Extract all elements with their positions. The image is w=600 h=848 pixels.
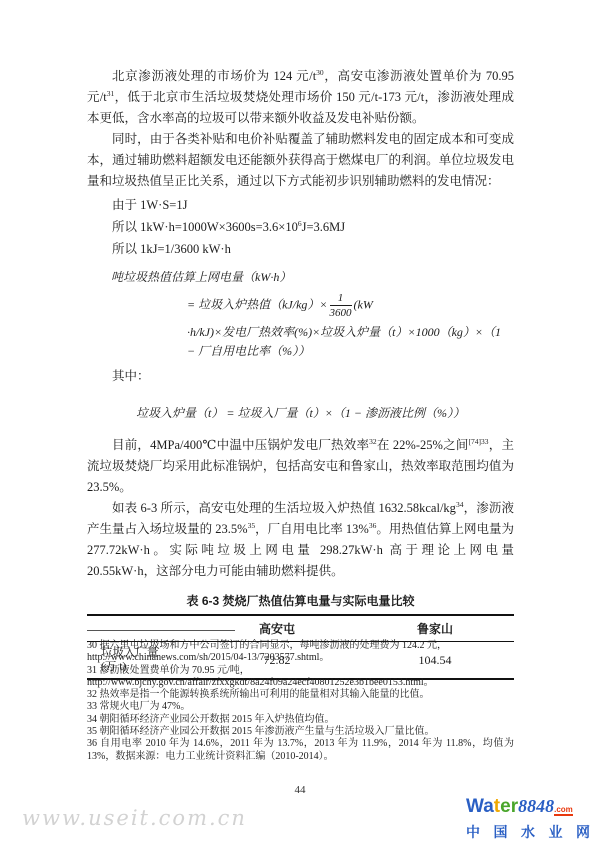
footnote-31-url: http://www.bjchy.gov.cn/affair/zfxxgkdt/…: [87, 677, 514, 689]
paragraph-gaoantun-estimate: 如表 6-3 所示，高安屯处理的生活垃圾入炉热值 1632.58kcal/kg3…: [87, 498, 514, 582]
text-run: 所以 1kW·h=1000W×3600s=3.6×10: [112, 220, 298, 234]
useit-watermark: www.useit.com.cn: [22, 806, 247, 830]
footnote-ref-30: 30: [316, 68, 324, 77]
derivation-line-1: 由于 1W·S=1J: [112, 194, 514, 216]
unit-derivation-block: 由于 1W·S=1J 所以 1kW·h=1000W×3600s=3.6×106J…: [87, 194, 514, 260]
among-which-label: 其中：: [87, 366, 514, 387]
formula-line-1: = 垃圾入炉热值（kJ/kg）×13600(kW: [187, 292, 514, 319]
water8848-logo: Water8848.com 中 国 水 业 网: [466, 796, 590, 842]
page-number: 44: [0, 784, 600, 796]
text-run: ，低于北京市生活垃圾焚烧处理市场价 150 元/t-173 元/t，渗沥液处理成…: [87, 90, 514, 125]
logo-letters-wa: Wa: [466, 796, 494, 817]
logo-number: 8848: [518, 796, 554, 816]
footnote-31: 31 渗沥液处置费单价为 70.95 元/吨，: [87, 665, 514, 677]
furnace-input-formula: 垃圾入炉量（t） = 垃圾入厂量（t）×（1 − 渗沥液比例（%））: [87, 403, 514, 423]
footnote-30-url: http://www.chinanews.com/sh/2015/04-13/7…: [87, 652, 514, 664]
logo-wordmark: Water8848.com: [466, 796, 590, 820]
footnote-35: 35 朝阳循环经济产业园公开数据 2015 年渗沥液产生量与生活垃圾入厂量比值。: [87, 726, 514, 738]
power-estimate-formula: 吨垃圾热值估算上网电量（kW·h） = 垃圾入炉热值（kJ/kg）×13600(…: [87, 266, 514, 361]
formula-line-3: − 厂自用电比率（%））: [187, 342, 514, 361]
text-run: 北京渗沥液处理的市场价为 124 元/t: [112, 69, 316, 83]
main-text-column: 北京渗沥液处理的市场价为 124 元/t30，高安屯渗沥液处置单价为 70.95…: [87, 66, 514, 680]
footnote-ref-32: 32: [369, 437, 377, 446]
fraction-numerator: 1: [330, 292, 352, 306]
logo-subtitle: 中 国 水 业 网: [466, 822, 590, 842]
derivation-line-3: 所以 1kJ=1/3600 kW·h: [112, 238, 514, 260]
text-run: 在 22%-25%之间: [377, 438, 469, 452]
table-caption: 表 6-3 焚烧厂热值估算电量与实际电量比较: [87, 592, 514, 609]
derivation-line-2: 所以 1kW·h=1000W×3600s=3.6×106J=3.6MJ: [112, 216, 514, 238]
footnote-36: 36 自用电率 2010 年为 14.6%，2011 年为 13.7%，2013…: [87, 738, 514, 763]
footnotes-block: 30 据六里屯垃圾场和方中公司签订的合同显示，每吨渗沥液的处理费为 124.2 …: [87, 630, 514, 763]
formula-line-2: ·h/kJ)×发电厂热效率(%)×垃圾入炉量（t）×1000（kg）×（1: [187, 323, 514, 342]
text-run: (kW: [354, 297, 373, 311]
logo-subtitle-char: 中: [466, 822, 480, 842]
logo-letters-er: er: [500, 796, 518, 817]
text-run: = 垃圾入炉热值（kJ/kg）×: [187, 297, 328, 311]
footnote-ref-35: 35: [248, 521, 256, 530]
text-run: J=3.6MJ: [302, 220, 346, 234]
text-run: 目前，4MPa/400℃中温中压锅炉发电厂热效率: [112, 438, 369, 452]
footnote-separator: [87, 630, 235, 631]
formula-title: 吨垃圾热值估算上网电量（kW·h）: [87, 266, 514, 288]
citation-ref-74-33: [74]33: [469, 437, 489, 446]
text-run: 如表 6-3 所示，高安屯处理的生活垃圾入炉热值 1632.58kcal/kg: [112, 501, 456, 515]
paragraph-leachate-price: 北京渗沥液处理的市场价为 124 元/t30，高安屯渗沥液处置单价为 70.95…: [87, 66, 514, 129]
logo-subtitle-char: 国: [494, 822, 508, 842]
paragraph-subsidy: 同时，由于各类补贴和电价补贴覆盖了辅助燃料发电的固定成本和可变成本，通过辅助燃料…: [87, 129, 514, 192]
fraction-denominator: 3600: [330, 306, 352, 319]
footnote-34: 34 朝阳循环经济产业园公开数据 2015 年入炉热值均值。: [87, 714, 514, 726]
logo-dotcom: .com: [554, 805, 573, 816]
document-page: 北京渗沥液处理的市场价为 124 元/t30，高安屯渗沥液处置单价为 70.95…: [0, 0, 600, 848]
logo-subtitle-char: 网: [576, 822, 590, 842]
footnote-30: 30 据六里屯垃圾场和方中公司签订的合同显示，每吨渗沥液的处理费为 124.2 …: [87, 640, 514, 652]
footnote-33: 33 常规火电厂为 47%。: [87, 701, 514, 713]
paragraph-boiler-efficiency: 目前，4MPa/400℃中温中压锅炉发电厂热效率32在 22%-25%之间[74…: [87, 435, 514, 498]
logo-subtitle-char: 水: [521, 822, 535, 842]
footnote-32: 32 热效率是指一个能源转换系统所输出可利用的能量相对其输入能量的比值。: [87, 689, 514, 701]
logo-subtitle-char: 业: [549, 822, 563, 842]
text-run: ，厂自用电比率 13%: [255, 522, 369, 536]
fraction-1-3600: 13600: [330, 292, 352, 319]
